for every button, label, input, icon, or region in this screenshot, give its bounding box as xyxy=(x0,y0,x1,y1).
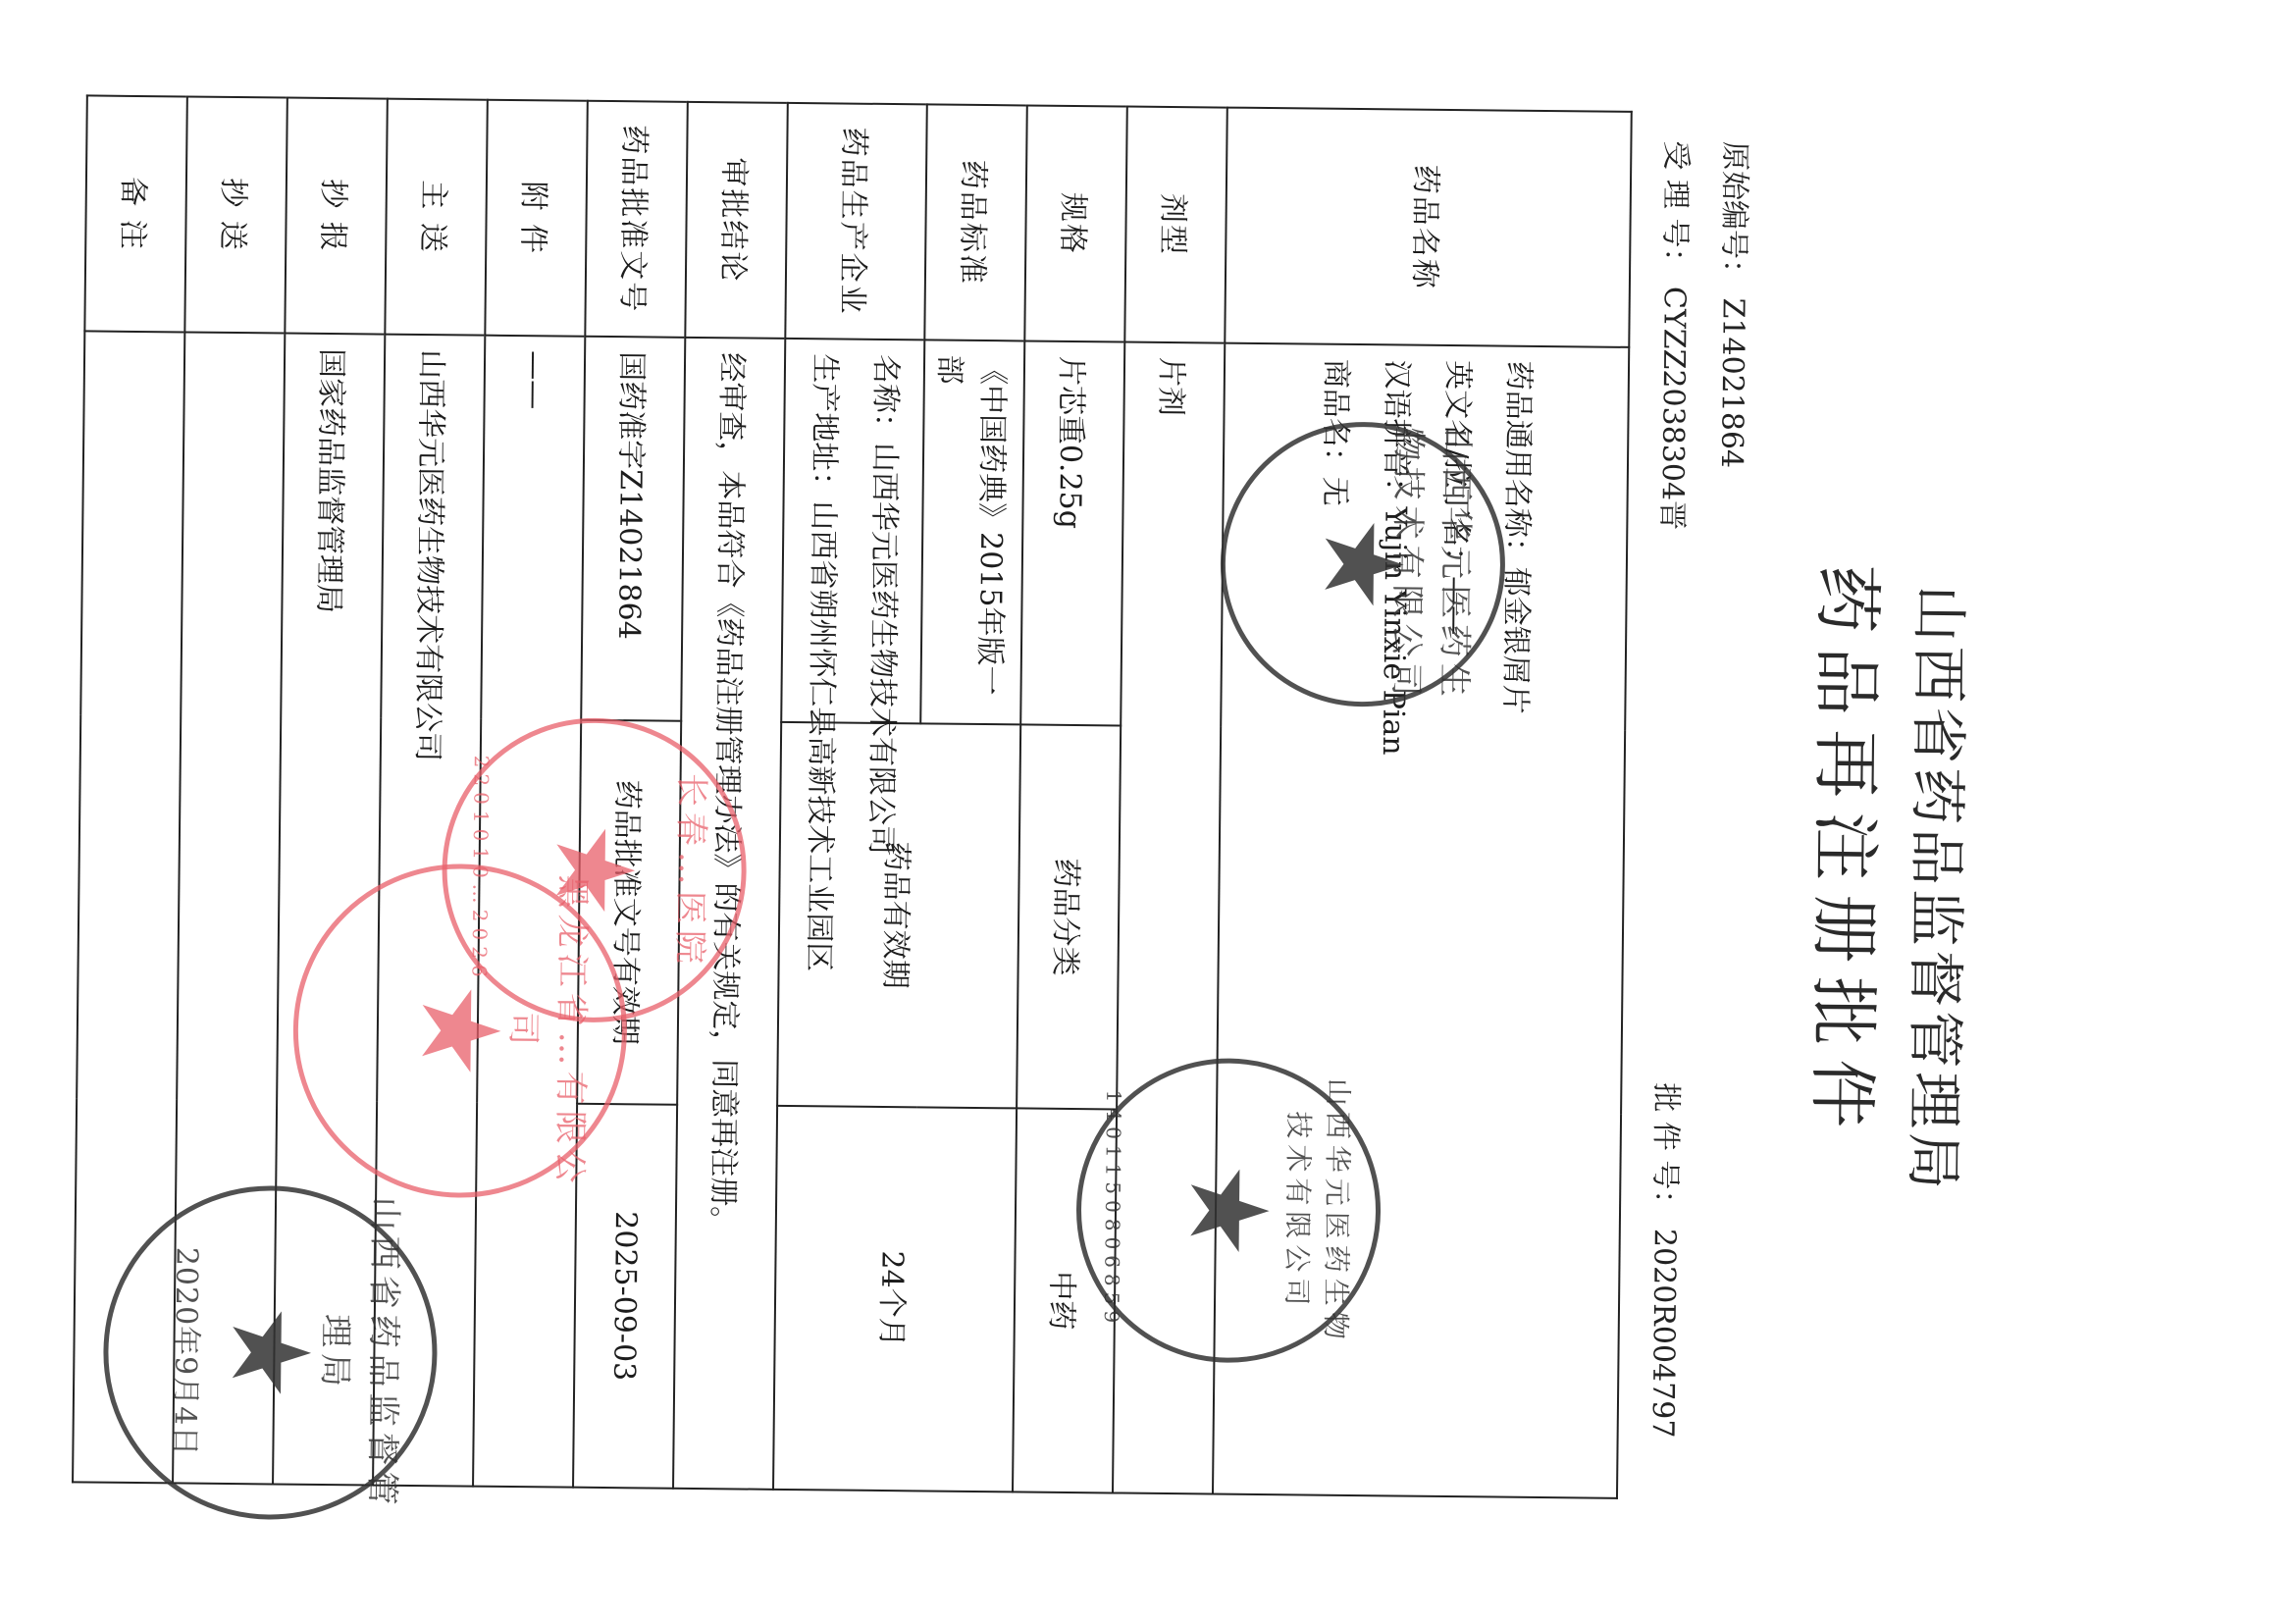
original-number: 原始编号： Z14021864 xyxy=(1713,141,1759,469)
generic-name-label: 药品通用名称： xyxy=(1499,361,1536,567)
attachments-label: 附 件 xyxy=(485,100,588,337)
manufacturer-name: 名称：山西华元医药生物技术有限公司 xyxy=(851,354,915,709)
document-page: 山西省药品监督管理局 药品再注册批件 原始编号： Z14021864 受 理 号… xyxy=(0,0,2296,1623)
approval-expiry-label: 药品批准文号有效期 xyxy=(577,720,681,1105)
pinyin-label: 汉语拼音： xyxy=(1379,359,1415,506)
manufacturer-name-label: 名称： xyxy=(867,354,903,443)
manufacturer-address-label: 生产地址： xyxy=(807,353,843,500)
approval-doc-number-value: 国药准字Z14021864 xyxy=(581,337,685,721)
remarks-value xyxy=(73,331,184,1483)
approval-doc-number-label: 药品批准文号 xyxy=(585,101,688,338)
specification-value: 片芯重0.25g xyxy=(1020,340,1124,725)
conclusion-value: 经审查，本品符合《药品注册管理办法》的有关规定，同意再注册。 xyxy=(673,338,785,1490)
english-latin-label: 英文名/拉丁名： xyxy=(1438,360,1475,576)
approval-number: 批 件 号： 2020R004797 xyxy=(1644,1082,1692,1439)
pinyin-name: 汉语拼音：Yujin Yinxie Pian xyxy=(1354,359,1427,1482)
attachments-value: —— xyxy=(473,336,585,1488)
original-number-value: Z14021864 xyxy=(1714,297,1750,468)
manufacturer-address-value: 山西省朔州怀仁县高新技术工业园区 xyxy=(802,500,841,971)
pinyin-value: Yujin Yinxie Pian xyxy=(1376,506,1413,756)
generic-name: 药品通用名称：郁金银屑片 xyxy=(1476,360,1548,1483)
row-dosage-form: 剂型 片剂 xyxy=(1113,107,1227,1494)
approval-number-label: 批 件 号： xyxy=(1647,1082,1683,1219)
english-latin-name: 英文名/拉丁名：—— xyxy=(1415,360,1487,1483)
approval-expiry-value: 2025-09-03 xyxy=(573,1104,677,1489)
row-attachments: 附 件 —— xyxy=(473,100,588,1488)
manufacturer-name-value: 山西华元医药生物技术有限公司 xyxy=(863,443,902,855)
registration-form-table: 药品名称 药品通用名称：郁金银屑片 英文名/拉丁名：—— 汉语拼音：Yujin … xyxy=(72,94,1633,1498)
trade-name-label: 商品名： xyxy=(1318,359,1353,477)
drug-category-value: 中药 xyxy=(1013,1108,1117,1492)
manufacturer-label: 药品生产企业 xyxy=(785,103,927,340)
copy-to-value xyxy=(173,332,285,1484)
main-recipient-label: 主 送 xyxy=(385,99,488,336)
dosage-form-value: 片剂 xyxy=(1113,342,1225,1494)
row-remarks: 备 注 xyxy=(73,95,187,1483)
row-report-to: 抄 报 国家药品监督管理局 xyxy=(273,98,388,1486)
acceptance-number: 受 理 号： CYZZ2038304晋 xyxy=(1653,140,1700,530)
remarks-label: 备 注 xyxy=(84,95,187,332)
row-approval-doc-number: 药品批准文号 国药准字Z14021864 药品批准文号有效期 2025-09-0… xyxy=(573,101,688,1489)
specification-label: 规格 xyxy=(1024,105,1127,341)
drug-name-cell: 药品通用名称：郁金银屑片 英文名/拉丁名：—— 汉语拼音：Yujin Yinxi… xyxy=(1213,343,1629,1498)
acceptance-number-label: 受 理 号： xyxy=(1657,140,1693,277)
row-conclusion: 审批结论 经审查，本品符合《药品注册管理办法》的有关规定，同意再注册。 xyxy=(673,102,788,1490)
standard-value: 《中国药典》2015年版一部 xyxy=(920,340,1024,724)
trade-name-value: 无 xyxy=(1318,477,1352,506)
validity-value: 24个月 xyxy=(773,1106,1017,1492)
row-standard: 药品标准 《中国药典》2015年版一部 药品有效期 24个月 xyxy=(913,104,1027,1492)
trade-name: 商品名：无 xyxy=(1293,358,1366,1481)
conclusion-label: 审批结论 xyxy=(685,102,788,339)
row-specification: 规格 片芯重0.25g 药品分类 中药 xyxy=(1013,105,1127,1492)
generic-name-value: 郁金银屑片 xyxy=(1497,567,1534,714)
drug-name-label: 药品名称 xyxy=(1225,108,1631,347)
main-recipient-value: 山西华元医药生物技术有限公司 xyxy=(373,335,485,1487)
issuing-organization: 山西省药品监督管理局 xyxy=(1897,585,1985,1194)
report-to-label: 抄 报 xyxy=(285,98,388,335)
acceptance-number-value: CYZZ2038304晋 xyxy=(1654,287,1692,530)
row-copy-to: 抄 送 xyxy=(173,96,287,1484)
document-title: 药品再注册批件 xyxy=(1798,564,1903,1142)
english-latin-value: —— xyxy=(1437,576,1473,635)
report-to-value: 国家药品监督管理局 xyxy=(273,334,385,1486)
row-drug-name: 药品名称 药品通用名称：郁金银屑片 英文名/拉丁名：—— 汉语拼音：Yujin … xyxy=(1213,108,1632,1498)
manufacturer-cell: 名称：山西华元医药生物技术有限公司 生产地址：山西省朔州怀仁县高新技术工业园区 xyxy=(781,339,924,723)
drug-category-label: 药品分类 xyxy=(1017,724,1121,1109)
manufacturer-address: 生产地址：山西省朔州怀仁县高新技术工业园区 xyxy=(790,353,855,708)
original-number-label: 原始编号： xyxy=(1716,141,1752,288)
standard-label: 药品标准 xyxy=(924,104,1027,340)
row-main-recipient: 主 送 山西华元医药生物技术有限公司 xyxy=(373,99,488,1487)
copy-to-label: 抄 送 xyxy=(184,96,287,333)
dosage-form-label: 剂型 xyxy=(1124,107,1227,343)
approval-number-value: 2020R004797 xyxy=(1645,1229,1682,1439)
